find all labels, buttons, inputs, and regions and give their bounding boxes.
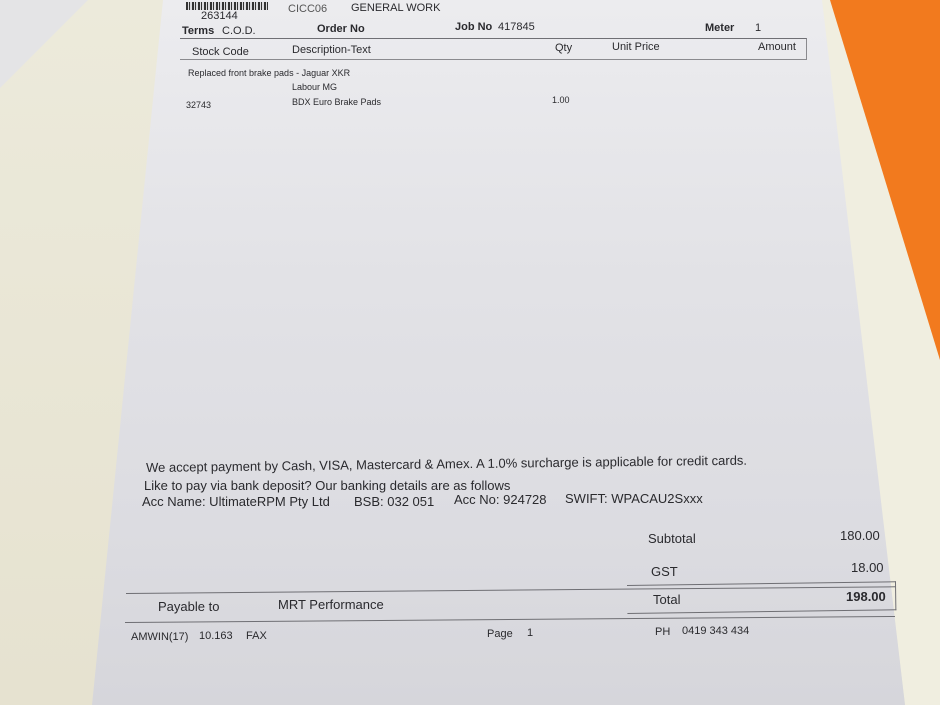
payable-to-value: MRT Performance bbox=[278, 597, 384, 612]
acc-name: Acc Name: UltimateRPM Pty Ltd bbox=[142, 494, 330, 509]
invoice-code: CICC06 bbox=[288, 3, 327, 15]
order-no-label: Order No bbox=[317, 23, 365, 35]
col-qty: Qty bbox=[555, 42, 572, 54]
line-item-description: Labour MG bbox=[292, 82, 337, 92]
col-description: Description-Text bbox=[292, 44, 371, 56]
barcode-icon bbox=[186, 2, 268, 10]
phone-number: 0419 343 434 bbox=[682, 625, 749, 637]
terms-value: C.O.D. bbox=[222, 25, 256, 37]
subtotal-value: 180.00 bbox=[840, 528, 880, 543]
system-name: AMWIN(17) bbox=[131, 631, 188, 643]
subtotal-label: Subtotal bbox=[648, 531, 696, 546]
bank-deposit-text: Like to pay via bank deposit? Our bankin… bbox=[144, 478, 510, 493]
line-item-description: Replaced front brake pads - Jaguar XKR bbox=[188, 68, 350, 78]
col-unit-price: Unit Price bbox=[612, 41, 660, 53]
col-stock-code: Stock Code bbox=[192, 46, 249, 58]
job-no-value: 417845 bbox=[498, 21, 535, 33]
job-no-label: Job No bbox=[455, 21, 492, 33]
column-header-row bbox=[180, 38, 807, 60]
total-value: 198.00 bbox=[846, 589, 886, 604]
meter-label: Meter bbox=[705, 22, 734, 34]
page-number: 1 bbox=[527, 627, 533, 639]
line-item-qty: 1.00 bbox=[552, 95, 570, 105]
page-label: Page bbox=[487, 628, 513, 640]
total-label: Total bbox=[653, 592, 680, 607]
gst-label: GST bbox=[651, 564, 678, 579]
col-amount: Amount bbox=[758, 41, 796, 53]
fax-label: FAX bbox=[246, 630, 267, 642]
barcode-number: 263144 bbox=[201, 10, 238, 22]
phone-label: PH bbox=[655, 626, 670, 638]
line-item-description: BDX Euro Brake Pads bbox=[292, 97, 381, 107]
acc-no: Acc No: 924728 bbox=[454, 492, 547, 507]
payable-to-label: Payable to bbox=[158, 599, 219, 614]
swift-code: SWIFT: WPACAU2Sxxx bbox=[565, 491, 703, 506]
system-version: 10.163 bbox=[199, 630, 233, 642]
invoice-type: GENERAL WORK bbox=[351, 2, 440, 14]
line-item-stock-code: 32743 bbox=[186, 100, 211, 110]
bsb: BSB: 032 051 bbox=[354, 494, 434, 509]
terms-label: Terms bbox=[182, 25, 214, 37]
gst-value: 18.00 bbox=[851, 560, 884, 575]
meter-value: 1 bbox=[755, 22, 761, 34]
